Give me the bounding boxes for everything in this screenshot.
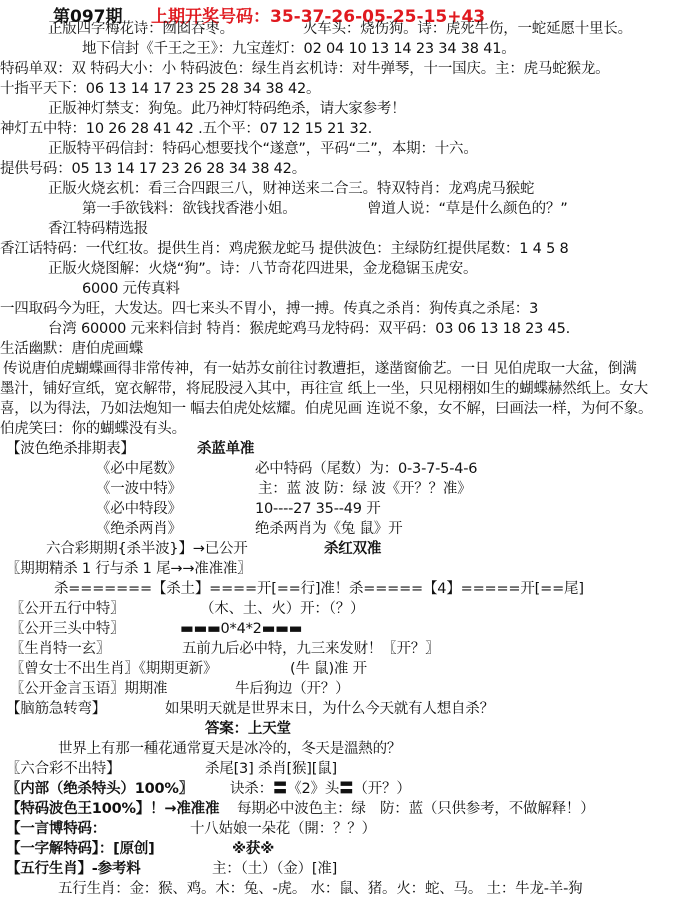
kill-two-label: 《绝杀两肖》 bbox=[96, 520, 182, 539]
special-envelope-line: 正版特平码信封：特码心想要找个“遂意”，平码“二”，本期：十六。 bbox=[48, 140, 478, 159]
no-special-label: 〖六合彩不出特】 bbox=[6, 760, 120, 779]
underground-letter-line: 地下信封《千王之王》：九宝莲灯：02 04 10 13 14 23 34 38 … bbox=[82, 40, 516, 59]
humor-title: 生活幽默：唐伯虎画蝶 bbox=[0, 340, 143, 359]
one-word-label: 【一言博特码： bbox=[6, 820, 106, 839]
kill-earth-line: 杀=======【杀土】====开[==行]准！杀=====【4】=====开[… bbox=[54, 580, 584, 599]
ms-zeng-label: 〖曾女士不出生肖〗《期期更新》 bbox=[10, 660, 217, 679]
five-special-line: 神灯五中特：10 26 28 41 42 .五个平：07 12 15 21 32… bbox=[0, 120, 372, 139]
one-char-value: ※获※ bbox=[232, 840, 274, 859]
kill-red-label: 杀红双准 bbox=[324, 540, 381, 559]
provided-numbers-line: 提供号码：05 13 14 17 23 26 28 34 38 42。 bbox=[0, 160, 306, 179]
zeng-daoren-line: 曾道人说：“草是什么颜色的？” bbox=[367, 200, 568, 219]
one-word-value: 十八姑娘一朵花（開：？？） bbox=[190, 820, 376, 839]
one-wave-value: 主：蓝 波 防：绿 波《开？？准》 bbox=[258, 480, 471, 499]
golden-words-value: 牛后狗边（开？） bbox=[235, 680, 349, 699]
plum-poem-line: 正版四字梅花诗：囫囵吞枣。 bbox=[48, 20, 234, 39]
brain-teaser-label: 【脑筋急转弯】 bbox=[6, 700, 106, 719]
train-head-line: 火车头：烧伤狗。诗：虎死牛伤，一蛇延愿十里长。 bbox=[303, 20, 632, 39]
xiangjiang-line: 香江话特码：一代红妆。提供生肖：鸡虎猴龙蛇马 提供波色：主绿防红提供尾数：1 4… bbox=[0, 240, 569, 259]
segment-label: 《必中特段》 bbox=[96, 500, 182, 519]
brain-teaser-question: 如果明天就是世界末日，为什么今天就有人想自杀？ bbox=[165, 700, 494, 719]
five-elements-zodiac-value: 主：（土）（金）[准] bbox=[212, 860, 337, 879]
one-char-label: 【一字解特码】：[原创] bbox=[6, 840, 155, 859]
three-heads-label: 〖公开三头中特〗 bbox=[10, 620, 124, 639]
story-line-3: 喜，以为得法，乃如法炮知一 幅去伯虎处炫耀。伯虎见画 连说不象，女不解，曰画法一… bbox=[0, 400, 652, 419]
five-elements-label: 〖公开五行中特〗 bbox=[10, 600, 124, 619]
internal-label: 〖内部（绝杀特头）100%〗 bbox=[6, 780, 193, 799]
xiangjiang-title: 香江特码精选报 bbox=[48, 220, 148, 239]
one-wave-label: 《一波中特》 bbox=[96, 480, 182, 499]
internal-value: 诀杀：〓《2》头〓（开？） bbox=[230, 780, 411, 799]
kill-blue-label: 杀蓝单准 bbox=[197, 440, 254, 459]
fire-mystery-line: 正版火烧玄机：看三合四跟三八，财神送来二合三。特双特肖：龙鸡虎马猴蛇 bbox=[48, 180, 534, 199]
story-line-2: 墨汁，铺好宣纸，宽衣解带，将屁股浸入其中，再往宣 纸上一坐，只见栩栩如生的蝴蝶赫… bbox=[0, 380, 648, 399]
no-special-value: 杀尾[3] 杀肖[猴][鼠] bbox=[205, 760, 337, 779]
five-elements-zodiac-list: 五行生肖：金：猴、鸡。木：兔、-虎。 水：鼠、猪。火：蛇、马。 土：牛龙-羊-狗 bbox=[58, 880, 582, 899]
golden-words-label: 〖公开金言玉语〗期期准 bbox=[10, 680, 167, 699]
ten-fingers-line: 十指平天下：06 13 14 17 23 25 28 34 38 42。 bbox=[0, 80, 320, 99]
flower-riddle: 世界上有那一種花通常夏天是冰冷的，冬天是溫熱的？ bbox=[58, 740, 401, 759]
zodiac-mystery-label: 〖生肖特一玄〗 bbox=[10, 640, 110, 659]
story-line-1: 传说唐伯虎蝴蝶画得非常传神，有一姑苏女前往讨教遭拒，遂凿窗偷艺。一日 见伯虎取一… bbox=[3, 360, 637, 379]
taiwan-line: 台湾 60000 元来料信封 特肖：猴虎蛇鸡马龙特码：双平码：03 06 13 … bbox=[48, 320, 570, 339]
kill-two-value: 绝杀两肖为《兔 鼠》开 bbox=[255, 520, 402, 539]
wave-king-label: 【特码波色王100%】！→准准准 bbox=[6, 800, 219, 819]
segment-value: 10----27 35--49 开 bbox=[255, 500, 381, 519]
magic-lamp-line: 正版神灯禁支：狗兔。此乃神灯特码绝杀，请大家参考！ bbox=[48, 100, 406, 119]
first-hand-line: 第一手欲钱料：欲钱找香港小姐。 bbox=[82, 200, 297, 219]
fire-diagram-line: 正版火烧图解：火烧“狗”。诗：八节奇花四进果，金龙稳锯玉虎安。 bbox=[48, 260, 477, 279]
brain-teaser-answer: 答案：上天堂 bbox=[205, 720, 291, 739]
three-heads-value: ▬▬▬0*4*2▬▬▬ bbox=[180, 620, 302, 639]
one-four-line: 一四取码今为旺，大发达。四七来头不胃小，搏一搏。传真之杀肖：狗传真之杀尾：3 bbox=[0, 300, 538, 319]
odd-even-line: 特码单双：双 特码大小：小 特码波色：绿生肖玄机诗：对牛弹琴，十一国庆。主：虎马… bbox=[0, 60, 609, 79]
tail-label: 《必中尾数》 bbox=[96, 460, 182, 479]
precise-kill-title: 〖期期精杀 1 行与杀 1 尾→→准准准〗 bbox=[6, 560, 252, 579]
five-elements-zodiac-label: 【五行生肖】-参考料 bbox=[6, 860, 141, 879]
wave-king-value: 每期必中波色主：绿 防：蓝（只供参考，不做解释！） bbox=[237, 800, 595, 819]
zodiac-mystery-value: 五前九后必中特，九三来发财！〖开？〗 bbox=[182, 640, 439, 659]
tail-value: 必中特码（尾数）为：0-3-7-5-4-6 bbox=[255, 460, 477, 479]
wave-kill-table-title: 【波色绝杀排期表】 bbox=[6, 440, 135, 459]
five-elements-value: （木、土、火）开：（？） bbox=[200, 600, 364, 619]
story-line-4: 伯虎笑曰：你的蝴蝶没有头。 bbox=[0, 420, 186, 439]
fax-title: 6000 元传真料 bbox=[82, 280, 180, 299]
half-wave-line: 六合彩期期{杀半波}】→已公开 bbox=[46, 540, 248, 559]
ms-zeng-value: (牛 鼠)准 开 bbox=[290, 660, 367, 679]
